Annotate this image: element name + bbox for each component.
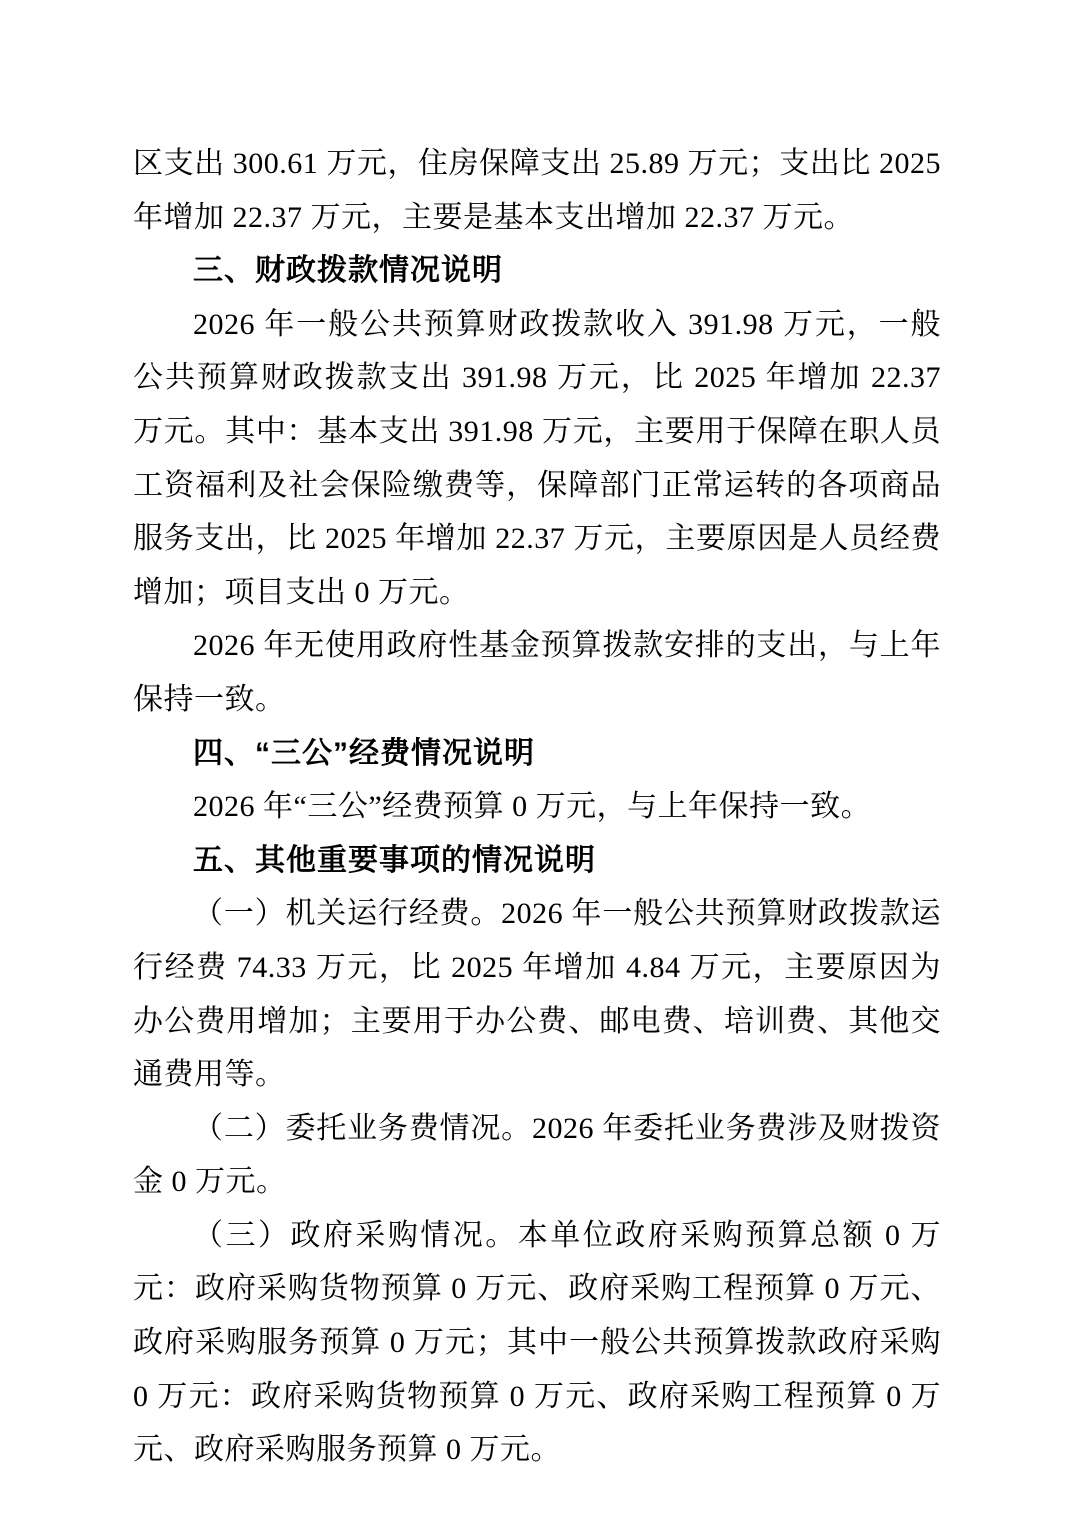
paragraph-government-fund-budget: 2026 年无使用政府性基金预算拨款安排的支出，与上年保持一致。 (133, 619, 941, 726)
paragraph-three-public-expenses: 2026 年“三公”经费预算 0 万元，与上年保持一致。 (133, 780, 941, 834)
paragraph-entrusted-business-fees: （二）委托业务费情况。2026 年委托业务费涉及财拨资金 0 万元。 (133, 1102, 941, 1209)
document-page: 区支出 300.61 万元，住房保障支出 25.89 万元；支出比 2025 年… (0, 0, 1074, 1520)
section-heading-fiscal-appropriation: 三、财政拨款情况说明 (133, 244, 941, 298)
paragraph-government-procurement: （三）政府采购情况。本单位政府采购预算总额 0 万元：政府采购货物预算 0 万元… (133, 1209, 941, 1477)
document-content: 区支出 300.61 万元，住房保障支出 25.89 万元；支出比 2025 年… (133, 137, 941, 1477)
paragraph-continuation-expenditure: 区支出 300.61 万元，住房保障支出 25.89 万元；支出比 2025 年… (133, 137, 941, 244)
paragraph-agency-operating-expenses: （一）机关运行经费。2026 年一般公共预算财政拨款运行经费 74.33 万元，… (133, 887, 941, 1101)
paragraph-fiscal-appropriation-detail: 2026 年一般公共预算财政拨款收入 391.98 万元，一般公共预算财政拨款支… (133, 298, 941, 620)
section-heading-three-public-expenses: 四、“三公”经费情况说明 (133, 727, 941, 781)
section-heading-other-important-matters: 五、其他重要事项的情况说明 (133, 834, 941, 888)
